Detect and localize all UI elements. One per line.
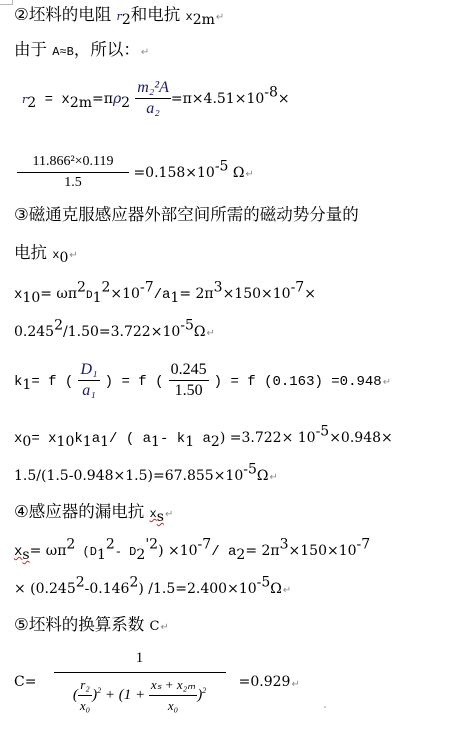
- fraction: r₂x₀: [78, 675, 92, 716]
- fraction: 11.866²×0.1191.5: [17, 152, 129, 193]
- section-heading-conversion-factor: ⑤坯料的换算系数 C↵: [14, 615, 169, 638]
- section-heading-external-reactance: ③磁通克服感应器外部空间所需的磁动势分量的: [14, 205, 359, 225]
- condition-line: 由于 A≈B，所以：↵: [14, 40, 149, 63]
- fraction: D₁a₁: [78, 360, 99, 401]
- paragraph-mark-icon: ↵: [141, 47, 149, 58]
- paragraph-mark-icon: ↵: [383, 377, 391, 388]
- formula-x10: x10= ωπ2D12×10-7/a1= 2π3×150×10-7×: [14, 283, 316, 306]
- paragraph-mark-icon: ↵: [165, 509, 173, 520]
- fraction: 0.2451.50: [169, 360, 209, 401]
- formula-r2: r2 = x2m=πρ2 m₂²Aa₂=π×4.51×10-8×: [22, 78, 290, 119]
- stray-mark: [324, 706, 326, 708]
- paragraph-mark-icon: ↵: [291, 679, 299, 690]
- page-margin-marker: [0, 0, 13, 5]
- formula-xs: xs= ωπ2 (D12- D2'2) ×10-7/ a2= 2π3×150×1…: [14, 540, 370, 562]
- formula-xs-result: × (0.2452-0.1462) /1.5=2.400×10-5Ω↵: [14, 578, 291, 601]
- formula-c: C= 1 (r₂x₀)2 + (1 + xₛ + x₂ₘx₀)2 =0.929↵: [14, 648, 300, 716]
- formula-x0-result: 1.5/(1.5-0.948×1.5)=67.855×10-5Ω↵: [14, 465, 278, 488]
- paragraph-mark-icon: ↵: [207, 328, 215, 339]
- paragraph-mark-icon: ↵: [283, 585, 291, 596]
- section-heading-leakage-reactance: ④感应器的漏电抗 xs↵: [14, 502, 173, 525]
- paragraph-mark-icon: ↵: [216, 12, 224, 23]
- formula-k1: k1= f ( D₁a₁ ) = f ( 0.2451.50 ) = f (0.…: [14, 360, 391, 401]
- paragraph-mark-icon: ↵: [246, 169, 254, 180]
- paragraph-mark-icon: ↵: [161, 622, 169, 633]
- section-heading-external-reactance-cont: 电抗 x0↵: [14, 243, 78, 266]
- formula-r2-result: 11.866²×0.1191.5 =0.158×10-5 Ω↵: [17, 152, 254, 193]
- section-heading-resistance: ②坯料的电阻 r2和电抗 x2m↵: [14, 5, 224, 28]
- fraction: xₛ + x₂ₘx₀: [149, 675, 197, 716]
- formula-x10-result: 0.2452/1.50=3.722×10-5Ω↵: [14, 321, 215, 344]
- fraction: m₂²Aa₂: [135, 78, 171, 119]
- formula-x0: x0= x10k1a1/ ( a1- k1 a2) =3.722× 10-5×0…: [14, 427, 393, 449]
- fraction: 1 (r₂x₀)2 + (1 + xₛ + x₂ₘx₀)2: [54, 648, 226, 716]
- paragraph-mark-icon: ↵: [69, 250, 77, 261]
- paragraph-mark-icon: ↵: [270, 472, 278, 483]
